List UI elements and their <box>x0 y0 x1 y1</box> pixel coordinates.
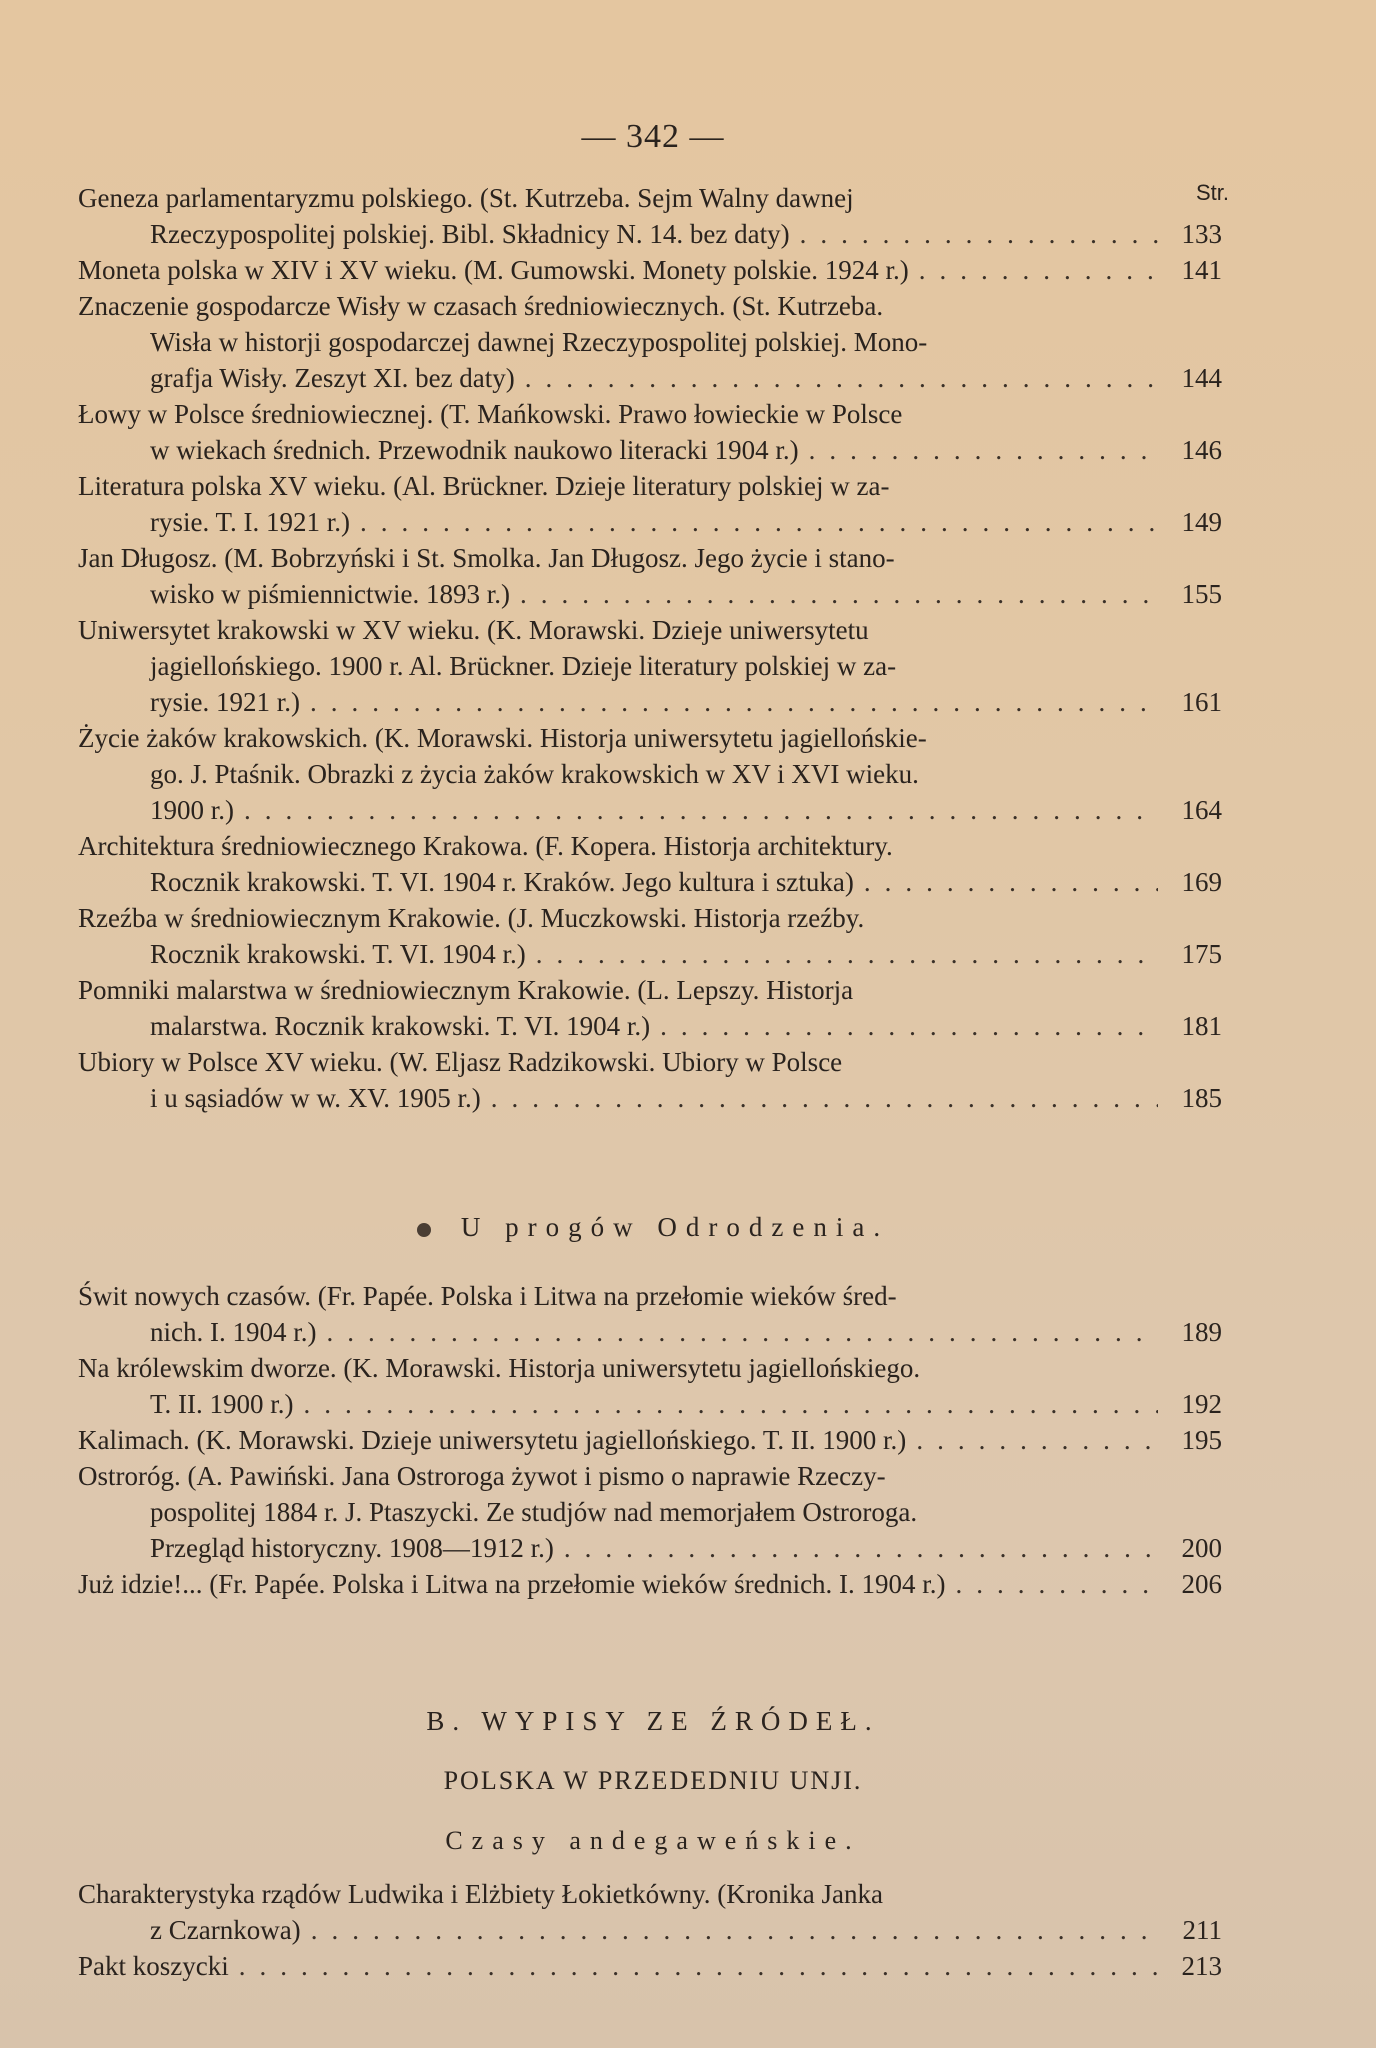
dot-leader: ........................................… <box>800 216 1158 252</box>
dot-leader: ........................................… <box>520 576 1158 612</box>
entry-text: malarstwa. Rocznik krakowski. T. VI. 190… <box>150 1008 650 1044</box>
page-reference: 149 <box>1182 504 1223 540</box>
page-reference: 141 <box>1182 252 1223 288</box>
page-reference: 133 <box>1182 216 1223 252</box>
entry-continuation-line: wisko w piśmiennictwie. 1893 r.)........… <box>78 576 1158 612</box>
page-reference: 144 <box>1182 360 1223 396</box>
entry-text: i u sąsiadów w w. XV. 1905 r.) <box>150 1080 481 1116</box>
entry-continuation-line: 1900 r.)................................… <box>78 792 1158 828</box>
page-reference: 206 <box>1182 1566 1223 1602</box>
dot-leader: ........................................… <box>525 360 1158 396</box>
entry-text: Rocznik krakowski. T. VI. 1904 r. Kraków… <box>150 864 854 900</box>
entry-continuation-line: Przegląd historyczny. 1908—1912 r.).....… <box>78 1530 1158 1566</box>
toc-section-a: Geneza parlamentaryzmu polskiego. (St. K… <box>78 180 1228 1116</box>
toc-entry: Pomniki malarstwa w średniowiecznym Krak… <box>78 972 1228 1044</box>
entry-text: Rzeczypospolitej polskiej. Bibl. Składni… <box>150 216 790 252</box>
dot-leader: ........................................… <box>303 1386 1158 1422</box>
page-reference: 185 <box>1182 1080 1223 1116</box>
entry-text: Moneta polska w XIV i XV wieku. (M. Gumo… <box>78 252 909 288</box>
entry-title-line: Znaczenie gospodarcze Wisły w czasach śr… <box>78 288 1158 324</box>
entry-text: T. II. 1900 r.) <box>150 1386 293 1422</box>
entry-text: w wiekach średnich. Przewodnik naukowo l… <box>150 432 799 468</box>
entry-text: rysie. 1921 r.) <box>150 684 300 720</box>
toc-entry: Kalimach. (K. Morawski. Dzieje uniwersyt… <box>78 1422 1228 1458</box>
section-subheading: POLSKA W PRZEDEDNIU UNJI. <box>78 1766 1228 1796</box>
page-reference: 189 <box>1182 1314 1223 1350</box>
entry-text: Już idzie!... (Fr. Papée. Polska i Litwa… <box>78 1566 946 1602</box>
entry-title-line: Geneza parlamentaryzmu polskiego. (St. K… <box>78 180 1158 216</box>
entry-continuation-line: T. II. 1900 r.).........................… <box>78 1386 1158 1422</box>
section-heading-text: U progów Odrodzenia. <box>461 1212 889 1242</box>
page-reference: 200 <box>1182 1530 1223 1566</box>
dot-leader: ........................................… <box>536 936 1158 972</box>
entry-title-line: Łowy w Polsce średniowiecznej. (T. Mańko… <box>78 396 1158 432</box>
toc-entry: Literatura polska XV wieku. (Al. Brückne… <box>78 468 1228 540</box>
page-reference: 175 <box>1182 936 1223 972</box>
toc-entry: Moneta polska w XIV i XV wieku. (M. Gumo… <box>78 252 1228 288</box>
entry-title-line: Kalimach. (K. Morawski. Dzieje uniwersyt… <box>78 1422 1158 1458</box>
entry-text: Pakt koszycki <box>78 1948 229 1984</box>
entry-text: z Czarnkowa) <box>150 1912 301 1948</box>
entry-continuation-line: grafja Wisły. Zeszyt XI. bez daty)......… <box>78 360 1158 396</box>
page-reference: 164 <box>1182 792 1223 828</box>
entry-text: wisko w piśmiennictwie. 1893 r.) <box>150 576 510 612</box>
toc-entry: Rzeźba w średniowiecznym Krakowie. (J. M… <box>78 900 1228 972</box>
toc-entry: Znaczenie gospodarcze Wisły w czasach śr… <box>78 288 1228 396</box>
entry-continuation-line: Rocznik krakowski. T. VI. 1904 r.)......… <box>78 936 1158 972</box>
entry-continuation-line: jagiellońskiego. 1900 r. Al. Brückner. D… <box>78 648 1158 684</box>
entry-text: grafja Wisły. Zeszyt XI. bez daty) <box>150 360 515 396</box>
page-reference: 195 <box>1182 1422 1223 1458</box>
entry-continuation-line: i u sąsiadów w w. XV. 1905 r.)..........… <box>78 1080 1158 1116</box>
toc-entry: Charakterystyka rządów Ludwika i Elżbiet… <box>78 1876 1228 1948</box>
section-heading-odrodzenie: U progów Odrodzenia. <box>78 1212 1228 1243</box>
entry-continuation-line: Rocznik krakowski. T. VI. 1904 r. Kraków… <box>78 864 1158 900</box>
entry-title-line: Ostroróg. (A. Pawiński. Jana Ostroroga ż… <box>78 1458 1158 1494</box>
entry-title-line: Już idzie!... (Fr. Papée. Polska i Litwa… <box>78 1566 1158 1602</box>
section-heading-b: B. WYPISY ZE ŹRÓDEŁ. <box>78 1706 1228 1737</box>
toc-entry: Pakt koszycki...........................… <box>78 1948 1228 1984</box>
page-reference: 192 <box>1182 1386 1223 1422</box>
entry-title-line: Pakt koszycki...........................… <box>78 1948 1158 1984</box>
entry-title-line: Uniwersytet krakowski w XV wieku. (K. Mo… <box>78 612 1158 648</box>
entry-continuation-line: rysie. 1921 r.).........................… <box>78 684 1158 720</box>
entry-text: Rocznik krakowski. T. VI. 1904 r.) <box>150 936 526 972</box>
dot-leader: ........................................… <box>360 504 1158 540</box>
entry-title-line: Charakterystyka rządów Ludwika i Elżbiet… <box>78 1876 1158 1912</box>
dot-leader: ........................................… <box>956 1566 1158 1602</box>
entry-title-line: Architektura średniowiecznego Krakowa. (… <box>78 828 1158 864</box>
entry-title-line: Moneta polska w XIV i XV wieku. (M. Gumo… <box>78 252 1158 288</box>
page-reference: 213 <box>1182 1948 1223 1984</box>
dot-leader: ........................................… <box>864 864 1158 900</box>
dot-leader: ........................................… <box>919 252 1158 288</box>
entry-title-line: Na królewskim dworze. (K. Morawski. Hist… <box>78 1350 1158 1386</box>
page-number: — 342 — <box>78 118 1228 156</box>
entry-continuation-line: Rzeczypospolitej polskiej. Bibl. Składni… <box>78 216 1158 252</box>
toc-entry: Świt nowych czasów. (Fr. Papée. Polska i… <box>78 1278 1228 1350</box>
entry-text: nich. I. 1904 r.) <box>150 1314 316 1350</box>
entry-continuation-line: rysie. T. I. 1921 r.)...................… <box>78 504 1158 540</box>
entry-title-line: Świt nowych czasów. (Fr. Papée. Polska i… <box>78 1278 1158 1314</box>
entry-title-line: Literatura polska XV wieku. (Al. Brückne… <box>78 468 1158 504</box>
entry-text: Przegląd historyczny. 1908—1912 r.) <box>150 1530 554 1566</box>
entry-text: 1900 r.) <box>150 792 234 828</box>
dot-leader: ........................................… <box>310 684 1158 720</box>
toc-entry: Architektura średniowiecznego Krakowa. (… <box>78 828 1228 900</box>
entry-continuation-line: pospolitej 1884 r. J. Ptaszycki. Ze stud… <box>78 1494 1158 1530</box>
toc-entry: Geneza parlamentaryzmu polskiego. (St. K… <box>78 180 1228 252</box>
dot-leader: ........................................… <box>660 1008 1158 1044</box>
dot-leader: ........................................… <box>244 792 1158 828</box>
entry-title-line: Ubiory w Polsce XV wieku. (W. Eljasz Rad… <box>78 1044 1158 1080</box>
entry-title-line: Jan Długosz. (M. Bobrzyński i St. Smolka… <box>78 540 1158 576</box>
entry-continuation-line: nich. I. 1904 r.).......................… <box>78 1314 1158 1350</box>
dot-leader: ........................................… <box>326 1314 1158 1350</box>
toc-entry: Łowy w Polsce średniowiecznej. (T. Mańko… <box>78 396 1228 468</box>
page-reference: 146 <box>1182 432 1223 468</box>
page-reference: 181 <box>1182 1008 1223 1044</box>
dot-leader: ........................................… <box>311 1912 1158 1948</box>
entry-continuation-line: z Czarnkowa)............................… <box>78 1912 1158 1948</box>
entry-continuation-line: malarstwa. Rocznik krakowski. T. VI. 190… <box>78 1008 1158 1044</box>
entry-title-line: Życie żaków krakowskich. (K. Morawski. H… <box>78 720 1158 756</box>
entry-continuation-line: Wisła w historji gospodarczej dawnej Rze… <box>78 324 1158 360</box>
entry-title-line: Rzeźba w średniowiecznym Krakowie. (J. M… <box>78 900 1158 936</box>
entry-text: Kalimach. (K. Morawski. Dzieje uniwersyt… <box>78 1422 906 1458</box>
dot-leader: ........................................… <box>809 432 1158 468</box>
dot-leader: ........................................… <box>491 1080 1158 1116</box>
entry-continuation-line: w wiekach średnich. Przewodnik naukowo l… <box>78 432 1158 468</box>
dot-leader: ........................................… <box>916 1422 1158 1458</box>
toc-section-b: Charakterystyka rządów Ludwika i Elżbiet… <box>78 1876 1228 1984</box>
toc-entry: Ubiory w Polsce XV wieku. (W. Eljasz Rad… <box>78 1044 1228 1116</box>
page-reference: 211 <box>1183 1912 1223 1948</box>
entry-text: rysie. T. I. 1921 r.) <box>150 504 350 540</box>
toc-entry: Życie żaków krakowskich. (K. Morawski. H… <box>78 720 1228 828</box>
bullet-icon <box>417 1223 431 1237</box>
toc-section-odrodzenie: Świt nowych czasów. (Fr. Papée. Polska i… <box>78 1278 1228 1602</box>
toc-entry: Jan Długosz. (M. Bobrzyński i St. Smolka… <box>78 540 1228 612</box>
section-subsubheading: Czasy andegaweńskie. <box>78 1826 1228 1856</box>
page-reference: 161 <box>1182 684 1223 720</box>
toc-entry: Uniwersytet krakowski w XV wieku. (K. Mo… <box>78 612 1228 720</box>
dot-leader: ........................................… <box>564 1530 1158 1566</box>
toc-entry: Już idzie!... (Fr. Papée. Polska i Litwa… <box>78 1566 1228 1602</box>
dot-leader: ........................................… <box>239 1948 1158 1984</box>
page-reference: 155 <box>1182 576 1223 612</box>
toc-entry: Na królewskim dworze. (K. Morawski. Hist… <box>78 1350 1228 1422</box>
page-reference: 169 <box>1182 864 1223 900</box>
toc-entry: Ostroróg. (A. Pawiński. Jana Ostroroga ż… <box>78 1458 1228 1566</box>
entry-title-line: Pomniki malarstwa w średniowiecznym Krak… <box>78 972 1158 1008</box>
entry-continuation-line: go. J. Ptaśnik. Obrazki z życia żaków kr… <box>78 756 1158 792</box>
